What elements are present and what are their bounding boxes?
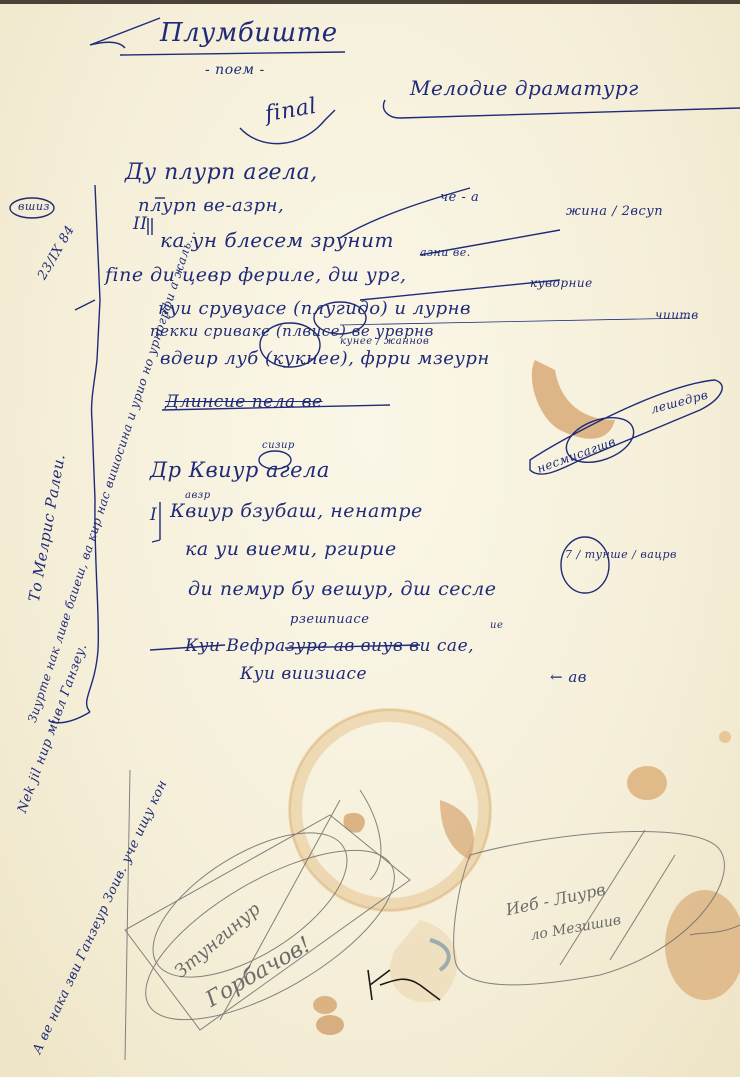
- insertion-zhina: жина / 2всуп: [566, 204, 663, 219]
- insertion-chiitv: чиитв: [655, 308, 699, 322]
- stanza-2-line-1: Др Квиур агела: [150, 458, 330, 482]
- insertion-ie: ие: [490, 620, 503, 631]
- stanza-2-line-3: ка уи виеми, ргирие: [185, 538, 397, 560]
- insertion-tunshe: 7 / тунше / вацрв: [565, 548, 677, 561]
- stanza-2-line-2: Квиур бзубаш, ненатре: [170, 500, 423, 522]
- stanza-1-line-8-struck: Длинсие пела ве: [165, 392, 323, 412]
- stanza-1-line-4: fine ди цевр фериле, дш ург,: [105, 264, 407, 286]
- stanza-1-line-5: куи срувуасе (плугидо) и лурнв: [158, 298, 471, 319]
- manuscript-title: Плумбиште: [160, 18, 338, 48]
- insertion-che-a: че - а: [440, 190, 479, 205]
- left-margin-boxed-word: вшиз: [18, 200, 50, 213]
- insertion-kunee: кунее / жаннов: [340, 336, 429, 347]
- numeral-mark-II: II: [133, 214, 147, 234]
- stanza-2-line-4: ди пемур бу вешур, дш сесле: [188, 578, 496, 600]
- insertion-arrow-av: ← ав: [550, 668, 587, 686]
- stanza-2-line-6: Куи виизиасе: [240, 664, 367, 684]
- header-right-note: Мелодие драматург: [410, 76, 639, 100]
- stanza-1-line-1: Ду плурп агела,: [125, 160, 318, 185]
- insertion-sizir: сизир: [262, 440, 295, 451]
- manuscript-subtitle: - поем -: [205, 62, 265, 78]
- insertion-azni: азни ве.: [420, 246, 471, 259]
- numeral-mark-I: I: [150, 505, 157, 525]
- stanza-1-line-7: вдеир луб (кукнее), фрри мзеурн: [160, 348, 490, 369]
- stanza-2-line-5: Куи Вефразуре ав виув ви сае,: [185, 636, 474, 656]
- insertion-rzeshpiase: рзешпиасе: [290, 612, 369, 627]
- stanza-1-line-2: плурп ве-азрн,: [138, 195, 284, 216]
- insertion-kuvorie: куворние: [530, 276, 593, 290]
